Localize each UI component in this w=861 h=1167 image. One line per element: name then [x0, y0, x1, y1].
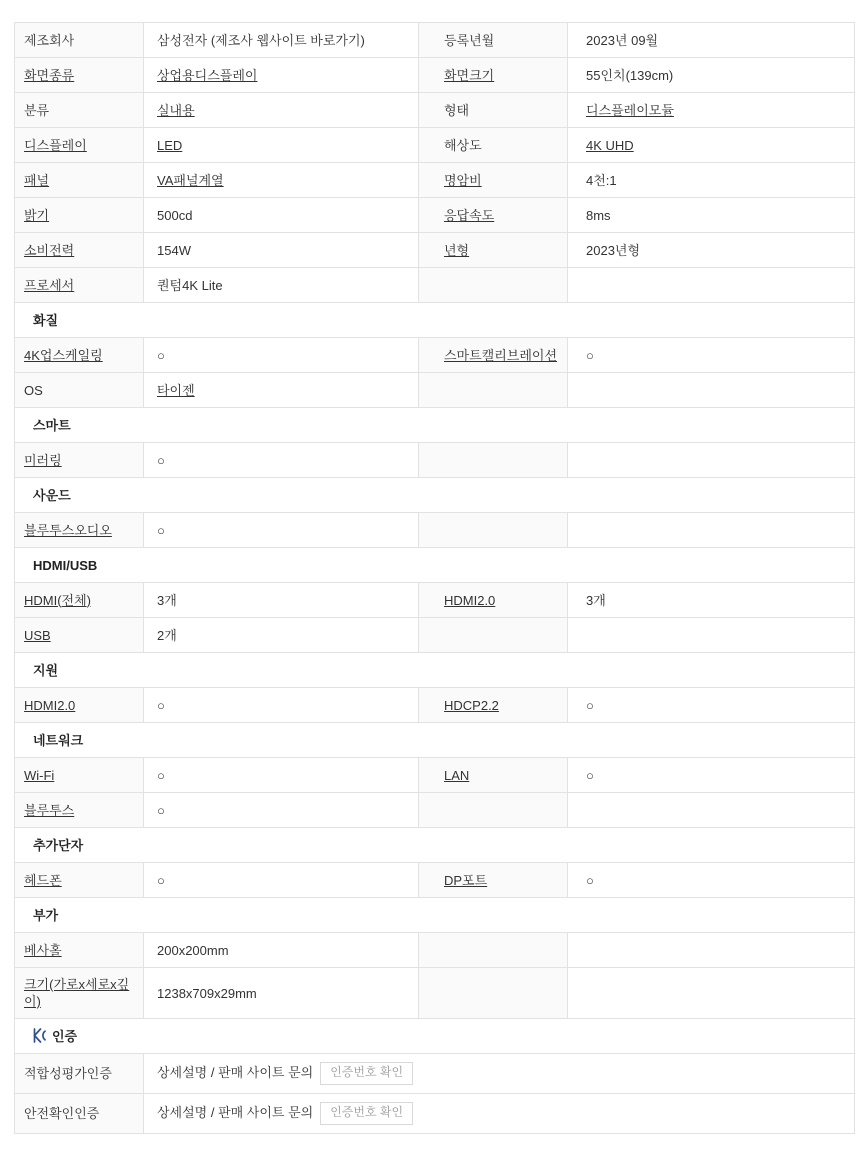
spec-label-link[interactable]: 미러링: [24, 453, 62, 468]
spec-label-cell: 블루투스오디오: [15, 513, 144, 548]
section-row: 사운드: [15, 478, 855, 513]
spec-label-cell: [419, 443, 568, 478]
cert-label: 적합성평가인증: [24, 1066, 112, 1081]
spec-label-cell: HDCP2.2: [419, 688, 568, 723]
spec-row: 프로세서퀀텀4K Lite: [15, 268, 855, 303]
spec-value-cell: ○: [144, 793, 419, 828]
spec-value-cell: 상업용디스플레이: [144, 58, 419, 93]
section-title: 네트워크: [33, 733, 83, 748]
spec-label-link[interactable]: HDMI2.0: [444, 593, 495, 608]
section-row: 스마트: [15, 408, 855, 443]
spec-value-cell: 실내용: [144, 93, 419, 128]
spec-label-link[interactable]: 명암비: [444, 173, 482, 188]
spec-label-link[interactable]: LAN: [444, 768, 469, 783]
spec-value-link[interactable]: 상업용디스플레이: [157, 68, 257, 83]
section-title: 스마트: [33, 418, 71, 433]
section-header: 추가단자: [15, 828, 855, 863]
spec-label-cell: [419, 793, 568, 828]
spec-value: 2023년형: [586, 243, 640, 258]
section-header: 화질: [15, 303, 855, 338]
cert-label: 안전확인인증: [24, 1106, 99, 1121]
spec-row: 헤드폰○DP포트○: [15, 863, 855, 898]
spec-value-link[interactable]: 실내용: [157, 103, 195, 118]
section-title: HDMI/USB: [33, 558, 97, 573]
spec-row: 패널VA패널계열명암비4천:1: [15, 163, 855, 198]
spec-value: ○: [157, 768, 165, 783]
spec-value-cell: 2023년 09월: [568, 23, 855, 58]
spec-label-link[interactable]: 화면종류: [24, 68, 74, 83]
spec-value-cell: ○: [144, 758, 419, 793]
spec-value: ○: [157, 453, 165, 468]
cert-value-cell: 상세설명 / 판매 사이트 문의인증번호 확인: [144, 1054, 855, 1094]
spec-value: 8ms: [586, 208, 611, 223]
spec-label-link[interactable]: Wi-Fi: [24, 768, 54, 783]
spec-label: 제조회사: [24, 33, 74, 48]
section-header: 지원: [15, 653, 855, 688]
spec-value-cell: 8ms: [568, 198, 855, 233]
spec-label-cell: [419, 513, 568, 548]
spec-label-cell: 제조회사: [15, 23, 144, 58]
spec-table-body: 제조회사삼성전자 (제조사 웹사이트 바로가기)등록년월2023년 09월화면종…: [15, 23, 855, 1134]
section-row: 화질: [15, 303, 855, 338]
section-row: HDMI/USB: [15, 548, 855, 583]
cert-label-cell: 안전확인인증: [15, 1093, 144, 1133]
spec-label-link[interactable]: 크기(가로x세로x깊이): [24, 977, 129, 1009]
section-header: 부가: [15, 898, 855, 933]
spec-value-cell: [568, 373, 855, 408]
spec-label-link[interactable]: 블루투스: [24, 803, 74, 818]
spec-label-link[interactable]: HDMI2.0: [24, 698, 75, 713]
spec-value: ○: [586, 348, 594, 363]
spec-value-cell: 1238x709x29mm: [144, 968, 419, 1019]
section-title: 추가단자: [33, 838, 83, 853]
spec-value: 200x200mm: [157, 943, 229, 958]
spec-value-link[interactable]: 타이젠: [157, 383, 195, 398]
section-header: 스마트: [15, 408, 855, 443]
spec-label-cell: 프로세서: [15, 268, 144, 303]
cert-number-check-button[interactable]: 인증번호 확인: [320, 1062, 413, 1085]
section-title: 부가: [33, 908, 58, 923]
spec-value-cell: 200x200mm: [144, 933, 419, 968]
spec-value: 154W: [157, 243, 191, 258]
section-title: 인증: [52, 1029, 77, 1044]
section-title: 화질: [33, 313, 58, 328]
spec-label: 형태: [444, 103, 469, 118]
spec-label-link[interactable]: 화면크기: [444, 68, 494, 83]
section-row: 부가: [15, 898, 855, 933]
spec-value: 4천:1: [586, 173, 617, 188]
spec-row: HDMI2.0○HDCP2.2○: [15, 688, 855, 723]
spec-value-cell: [568, 968, 855, 1019]
spec-row: 분류실내용형태디스플레이모듈: [15, 93, 855, 128]
spec-row: 베사홀200x200mm: [15, 933, 855, 968]
spec-label-link[interactable]: 헤드폰: [24, 873, 62, 888]
spec-value-cell: 2개: [144, 618, 419, 653]
spec-value: 500cd: [157, 208, 192, 223]
spec-value-link[interactable]: 4K UHD: [586, 138, 634, 153]
spec-value: ○: [586, 873, 594, 888]
spec-value-cell: ○: [144, 688, 419, 723]
spec-label-cell: 화면크기: [419, 58, 568, 93]
spec-label-cell: 명암비: [419, 163, 568, 198]
spec-value-cell: ○: [144, 513, 419, 548]
spec-label-cell: 분류: [15, 93, 144, 128]
section-header: HDMI/USB: [15, 548, 855, 583]
spec-value-cell: 3개: [144, 583, 419, 618]
spec-value: 55인치(139cm): [586, 68, 673, 83]
spec-row: 블루투스○: [15, 793, 855, 828]
cert-number-check-button[interactable]: 인증번호 확인: [320, 1102, 413, 1125]
spec-label-link[interactable]: 프로세서: [24, 278, 74, 293]
spec-value: ○: [157, 698, 165, 713]
spec-label-cell: HDMI2.0: [15, 688, 144, 723]
spec-label: 분류: [24, 103, 49, 118]
spec-row: Wi-Fi○LAN○: [15, 758, 855, 793]
spec-value-link[interactable]: LED: [157, 138, 182, 153]
spec-value-cell: ○: [568, 863, 855, 898]
spec-row: 밝기500cd응답속도8ms: [15, 198, 855, 233]
spec-row: HDMI(전체)3개HDMI2.03개: [15, 583, 855, 618]
spec-label-cell: [419, 933, 568, 968]
spec-value: ○: [586, 698, 594, 713]
spec-row: 4K업스케일링○스마트캘리브레이션○: [15, 338, 855, 373]
spec-row: OS타이젠: [15, 373, 855, 408]
spec-value-cell: [568, 793, 855, 828]
spec-label-cell: 미러링: [15, 443, 144, 478]
spec-label: 등록년월: [444, 33, 494, 48]
spec-value-cell: 디스플레이모듈: [568, 93, 855, 128]
spec-value: 3개: [586, 593, 606, 608]
spec-value-cell: LED: [144, 128, 419, 163]
spec-row: 화면종류상업용디스플레이화면크기55인치(139cm): [15, 58, 855, 93]
spec-row: 크기(가로x세로x깊이)1238x709x29mm: [15, 968, 855, 1019]
spec-value-cell: ○: [568, 338, 855, 373]
spec-value-cell: [568, 443, 855, 478]
spec-table: 제조회사삼성전자 (제조사 웹사이트 바로가기)등록년월2023년 09월화면종…: [14, 22, 855, 1134]
spec-row: 디스플레이LED해상도4K UHD: [15, 128, 855, 163]
section-header: 사운드: [15, 478, 855, 513]
cert-row: 적합성평가인증상세설명 / 판매 사이트 문의인증번호 확인: [15, 1054, 855, 1094]
spec-label-cell: OS: [15, 373, 144, 408]
spec-value-cell: 55인치(139cm): [568, 58, 855, 93]
spec-label-cell: 디스플레이: [15, 128, 144, 163]
spec-row: 소비전력154W년형2023년형: [15, 233, 855, 268]
spec-value-cell: 500cd: [144, 198, 419, 233]
spec-value-cell: ○: [144, 863, 419, 898]
spec-label-link[interactable]: HDMI(전체): [24, 593, 91, 608]
spec-value-link[interactable]: 디스플레이모듈: [586, 103, 674, 118]
spec-label-cell: LAN: [419, 758, 568, 793]
spec-value-cell: 3개: [568, 583, 855, 618]
spec-value-cell: ○: [568, 758, 855, 793]
spec-value-cell: [568, 513, 855, 548]
spec-value-cell: 타이젠: [144, 373, 419, 408]
spec-value: ○: [157, 873, 165, 888]
cert-value-cell: 상세설명 / 판매 사이트 문의인증번호 확인: [144, 1093, 855, 1133]
section-header: 네트워크: [15, 723, 855, 758]
cert-description: 상세설명 / 판매 사이트 문의: [157, 1065, 313, 1080]
spec-label-cell: [419, 968, 568, 1019]
spec-label-cell: 밝기: [15, 198, 144, 233]
section-row: 지원: [15, 653, 855, 688]
spec-label-link[interactable]: 년형: [444, 243, 469, 258]
kc-certification-icon: [33, 1028, 46, 1043]
spec-label-cell: 등록년월: [419, 23, 568, 58]
spec-label-cell: 년형: [419, 233, 568, 268]
spec-label: OS: [24, 383, 43, 398]
section-title: 사운드: [33, 488, 71, 503]
spec-value: ○: [586, 768, 594, 783]
spec-value-cell: ○: [144, 338, 419, 373]
spec-label-link[interactable]: 디스플레이: [24, 138, 87, 153]
spec-value-link[interactable]: VA패널계열: [157, 173, 224, 188]
spec-label-cell: 화면종류: [15, 58, 144, 93]
spec-label-cell: 4K업스케일링: [15, 338, 144, 373]
spec-label-link[interactable]: 4K업스케일링: [24, 348, 103, 363]
spec-value-cell: 4K UHD: [568, 128, 855, 163]
spec-label-cell: HDMI(전체): [15, 583, 144, 618]
spec-value-cell: 퀀텀4K Lite: [144, 268, 419, 303]
spec-value: 삼성전자 (제조사 웹사이트 바로가기): [157, 33, 365, 48]
spec-label-cell: 해상도: [419, 128, 568, 163]
spec-label-link[interactable]: 스마트캘리브레이션: [444, 348, 557, 363]
spec-label-cell: 스마트캘리브레이션: [419, 338, 568, 373]
spec-value-cell: [568, 933, 855, 968]
spec-label-cell: 블루투스: [15, 793, 144, 828]
spec-row: USB2개: [15, 618, 855, 653]
spec-label-link[interactable]: 패널: [24, 173, 49, 188]
cert-description: 상세설명 / 판매 사이트 문의: [157, 1105, 313, 1120]
spec-value-cell: ○: [144, 443, 419, 478]
spec-label-cell: [419, 268, 568, 303]
spec-label-link[interactable]: DP포트: [444, 873, 487, 888]
spec-value: 1238x709x29mm: [157, 986, 257, 1001]
spec-label-cell: 패널: [15, 163, 144, 198]
spec-value: 2개: [157, 628, 177, 643]
cert-row: 안전확인인증상세설명 / 판매 사이트 문의인증번호 확인: [15, 1093, 855, 1133]
spec-label-cell: Wi-Fi: [15, 758, 144, 793]
spec-value: ○: [157, 803, 165, 818]
spec-value: 3개: [157, 593, 177, 608]
spec-label-link[interactable]: 블루투스오디오: [24, 523, 112, 538]
spec-label-cell: HDMI2.0: [419, 583, 568, 618]
spec-label-cell: 응답속도: [419, 198, 568, 233]
spec-label-link[interactable]: HDCP2.2: [444, 698, 499, 713]
spec-label-cell: 베사홀: [15, 933, 144, 968]
spec-value-cell: 삼성전자 (제조사 웹사이트 바로가기): [144, 23, 419, 58]
section-title: 지원: [33, 663, 58, 678]
spec-value: ○: [157, 523, 165, 538]
spec-label-cell: 소비전력: [15, 233, 144, 268]
spec-value-cell: 4천:1: [568, 163, 855, 198]
section-row: 네트워크: [15, 723, 855, 758]
spec-label: 해상도: [444, 138, 482, 153]
spec-value: 2023년 09월: [586, 33, 658, 48]
section-row: 인증: [15, 1019, 855, 1054]
spec-label-cell: [419, 373, 568, 408]
section-header: 인증: [15, 1019, 855, 1054]
spec-label-link[interactable]: 소비전력: [24, 243, 74, 258]
spec-row: 미러링○: [15, 443, 855, 478]
spec-value-cell: [568, 618, 855, 653]
cert-label-cell: 적합성평가인증: [15, 1054, 144, 1094]
spec-value-cell: 2023년형: [568, 233, 855, 268]
spec-value-cell: VA패널계열: [144, 163, 419, 198]
spec-label-link[interactable]: 베사홀: [24, 943, 62, 958]
spec-row: 제조회사삼성전자 (제조사 웹사이트 바로가기)등록년월2023년 09월: [15, 23, 855, 58]
spec-label-link[interactable]: 밝기: [24, 208, 49, 223]
spec-label-cell: 형태: [419, 93, 568, 128]
spec-label-cell: USB: [15, 618, 144, 653]
spec-label-link[interactable]: USB: [24, 628, 51, 643]
spec-value-cell: ○: [568, 688, 855, 723]
spec-label-link[interactable]: 응답속도: [444, 208, 494, 223]
spec-label-cell: DP포트: [419, 863, 568, 898]
spec-label-cell: 헤드폰: [15, 863, 144, 898]
spec-value: 퀀텀4K Lite: [157, 278, 223, 293]
spec-value-cell: 154W: [144, 233, 419, 268]
section-row: 추가단자: [15, 828, 855, 863]
spec-label-cell: [419, 618, 568, 653]
spec-value-cell: [568, 268, 855, 303]
spec-row: 블루투스오디오○: [15, 513, 855, 548]
spec-value: ○: [157, 348, 165, 363]
spec-label-cell: 크기(가로x세로x깊이): [15, 968, 144, 1019]
